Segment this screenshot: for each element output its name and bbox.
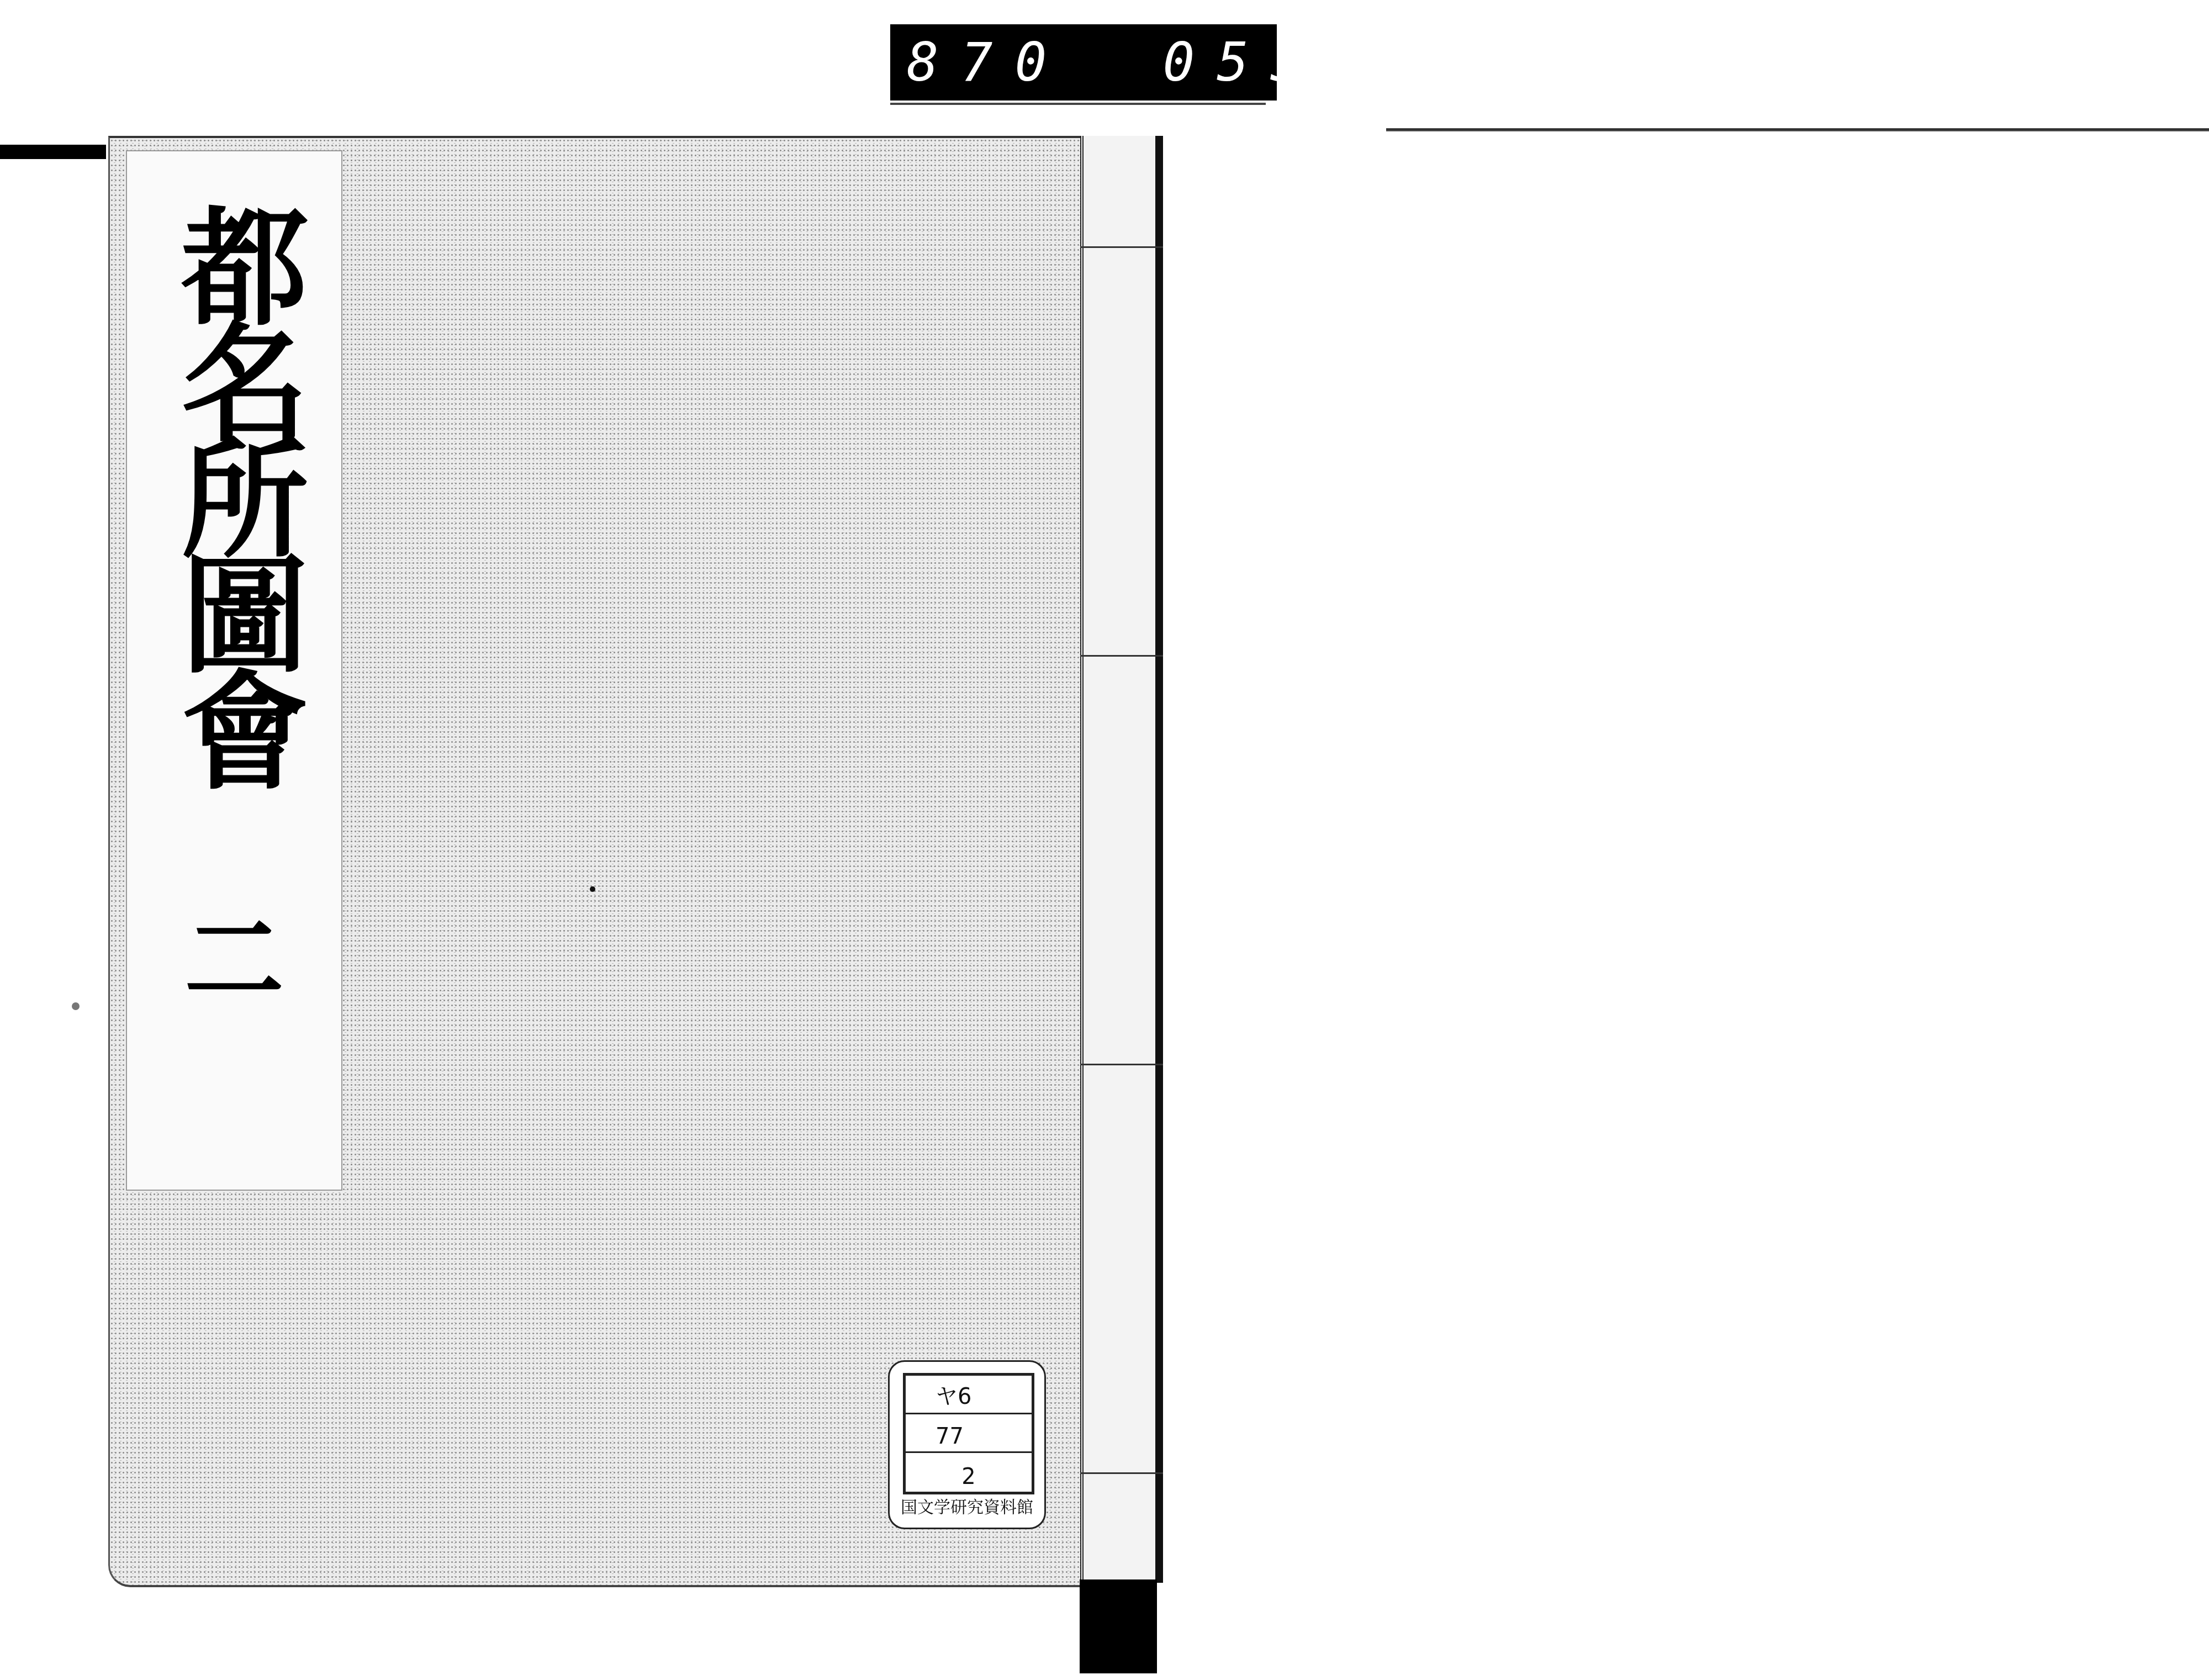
paper-speck	[590, 886, 595, 892]
institution-name: 国文学研究資料館	[890, 1493, 1044, 1518]
counter-left-digits: 870	[907, 31, 1069, 93]
call-number-box: ヤ6 77 2	[903, 1373, 1034, 1494]
call-number-row: 77	[906, 1414, 1032, 1453]
counter-right-digits: 053	[1162, 31, 1324, 93]
book-title: 都名所圖會	[171, 201, 298, 781]
volume-number: 二	[184, 880, 284, 1023]
binding-stitch	[1080, 1472, 1163, 1474]
call-number-label: ヤ6 77 2 国文学研究資料館	[888, 1360, 1046, 1529]
left-page-edge	[0, 145, 106, 159]
binding-stitch	[1080, 1064, 1163, 1065]
counter-underline	[890, 103, 1266, 105]
spine-foot-shadow	[1080, 1579, 1157, 1673]
book-spine-binding	[1080, 136, 1163, 1583]
right-page-edge-rule	[1386, 128, 2209, 131]
scan-counter-plate: 870 053	[890, 24, 1277, 101]
call-number-row: ヤ6	[906, 1376, 1032, 1414]
paper-speck	[72, 1002, 80, 1010]
binding-stitch	[1080, 246, 1163, 248]
title-slip: 都名所圖會 二	[126, 150, 342, 1191]
call-number-row: 2	[906, 1453, 1032, 1492]
binding-stitch	[1080, 655, 1163, 657]
